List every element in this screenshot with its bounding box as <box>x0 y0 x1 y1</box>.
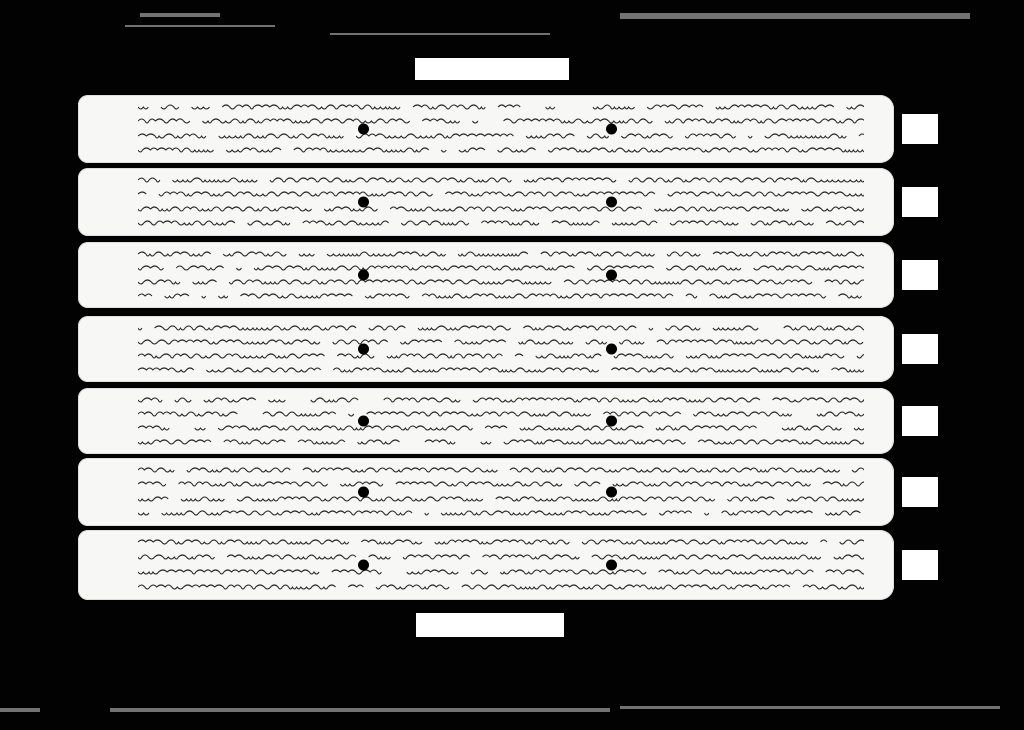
string-hole <box>606 416 617 427</box>
film-edge-line <box>110 708 610 712</box>
script-line <box>138 466 864 472</box>
script-line <box>138 553 864 559</box>
string-hole <box>358 560 369 571</box>
manuscript-leaf <box>78 458 894 526</box>
script-line <box>138 352 864 358</box>
script-line <box>138 190 864 196</box>
string-hole <box>606 560 617 571</box>
bottom-label-rectangle <box>416 613 564 637</box>
string-hole <box>606 270 617 281</box>
script-line <box>138 410 864 416</box>
film-edge-mark <box>620 13 970 19</box>
script-line <box>138 583 864 589</box>
string-hole <box>358 197 369 208</box>
script-line <box>138 338 864 344</box>
script-line <box>138 495 864 501</box>
film-edge-mark <box>0 708 40 712</box>
script-line <box>138 396 864 402</box>
film-edge-line <box>620 706 1000 709</box>
manuscript-leaf <box>78 95 894 163</box>
manuscript-leaf <box>78 242 894 308</box>
manuscript-leaf <box>78 530 894 600</box>
film-edge-mark <box>140 13 220 17</box>
script-line <box>138 176 864 182</box>
script-line <box>138 424 864 430</box>
script-line <box>138 103 864 109</box>
string-hole <box>606 124 617 135</box>
leaf-label-tab <box>902 334 938 364</box>
script-line <box>138 117 864 123</box>
leaf-label-tab <box>902 477 938 507</box>
script-line <box>138 292 864 298</box>
leaf-label-tab <box>902 187 938 217</box>
leaf-label-tab <box>902 406 938 436</box>
manuscript-leaf <box>78 388 894 454</box>
film-edge-line <box>330 33 550 35</box>
script-line <box>138 480 864 486</box>
script-line <box>138 366 864 372</box>
script-line <box>138 146 864 152</box>
script-line <box>138 250 864 256</box>
leaf-label-tab <box>902 114 938 144</box>
script-line <box>138 278 864 284</box>
string-hole <box>358 344 369 355</box>
script-line <box>138 568 864 574</box>
string-hole <box>358 487 369 498</box>
string-hole <box>606 487 617 498</box>
script-line <box>138 205 864 211</box>
script-line <box>138 219 864 225</box>
script-line <box>138 132 864 138</box>
film-edge-line <box>125 25 275 27</box>
script-line <box>138 324 864 330</box>
string-hole <box>358 124 369 135</box>
top-label-rectangle <box>415 58 569 80</box>
string-hole <box>358 270 369 281</box>
script-line <box>138 538 864 544</box>
manuscript-leaf <box>78 168 894 236</box>
leaf-label-tab <box>902 550 938 580</box>
script-line <box>138 509 864 515</box>
script-line <box>138 264 864 270</box>
script-line <box>138 438 864 444</box>
string-hole <box>358 416 369 427</box>
leaf-label-tab <box>902 260 938 290</box>
manuscript-leaf <box>78 316 894 382</box>
string-hole <box>606 344 617 355</box>
string-hole <box>606 197 617 208</box>
